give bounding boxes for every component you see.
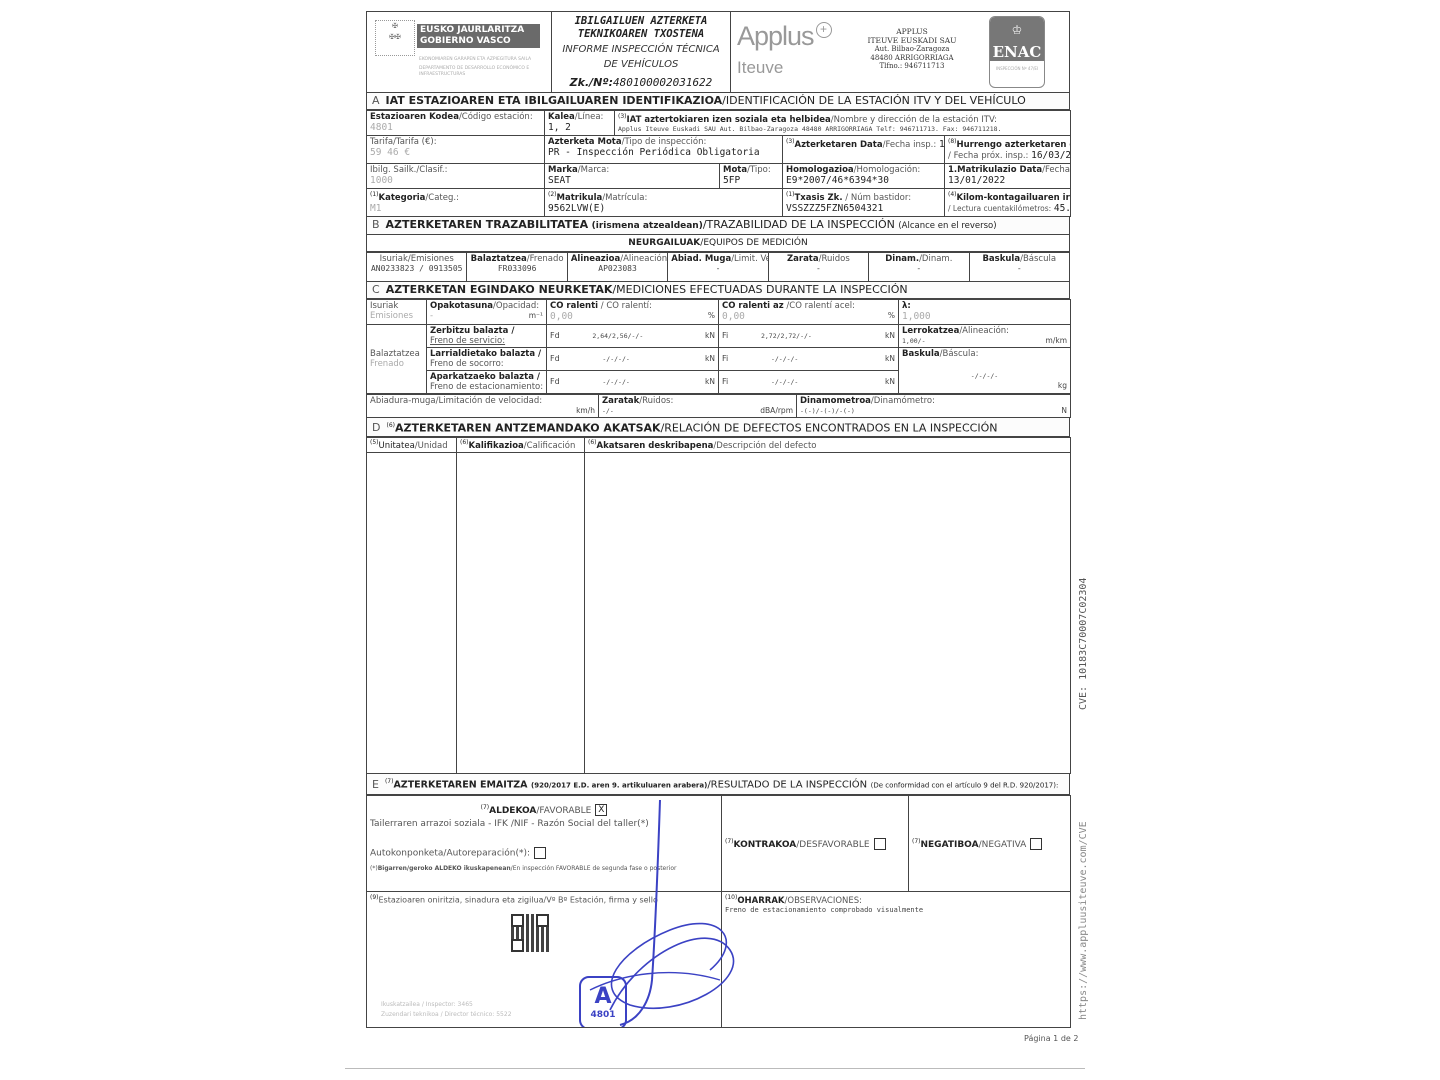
noise-field: Zaratak/Ruidos: -/-dBA/rpm [599, 394, 797, 417]
negative-cell: (7)NEGATIBOA/NEGATIVA [909, 795, 1071, 891]
favorable-option: (7)ALDEKOA/FAVORABLEX [370, 803, 718, 816]
type-field: Mota/Tipo: 5FP [720, 163, 783, 188]
section-a-title: AIAT ESTAZIOAREN ETA IBILGAILUAREN IDENT… [366, 93, 1070, 110]
gov-name: EUSKO JAURLARITZA GOBIERNO VASCO [417, 24, 540, 48]
co-idle-field: CO ralenti / CO ralentí: 0,00% [547, 299, 719, 324]
inspector-info: Ikuskatzailea / Inspector: 3465 Zuzendar… [381, 1000, 512, 1020]
measurements-table: IsuriakEmisiones Opakotasuna/Opacidad: -… [366, 299, 1071, 394]
line-field: Kalea/Línea: 1, 2 [545, 111, 615, 136]
brake-label: Zerbitzu balazta /Freno de servicio: [427, 324, 547, 347]
tariff-field: Tarifa/Tarifa (€): 59 46 € [367, 136, 545, 164]
observations-cell: (10)OHARRAK/OBSERVACIONES: Freno de esta… [722, 891, 1071, 1027]
homologation-field: Homologazioa/Homologación: E9*2007/46*63… [783, 163, 945, 188]
brake-fi: Fi -/-/-/-kN [719, 347, 899, 370]
favorable-cell: (7)ALDEKOA/FAVORABLEX Tailerraren arrazo… [367, 795, 722, 891]
defect-rating-cell [457, 453, 585, 774]
brake-label: Aparkatzaeko balazta /Freno de estaciona… [427, 370, 547, 393]
co-idle-acc-field: CO ralenti az /CO ralentí acel: 0,00% [719, 299, 899, 324]
first-registration-field: 1.Matrikulazio Data/Fecha 1ªmatric.: 13/… [945, 163, 1071, 188]
favorable-checkbox[interactable]: X [595, 804, 607, 816]
emissions-label: IsuriakEmisiones [367, 299, 427, 324]
section-b-title: BAZTERKETAREN TRAZABILITATEA (irismena a… [366, 217, 1070, 235]
workshop-label: Tailerraren arrazoi soziala - IFK /NIF -… [370, 819, 718, 829]
report-number: Zk./Nº:480100002031622 [552, 76, 730, 89]
equipment-cell: Dinam./Dinam.- [869, 252, 969, 281]
report-title: IBILGAILUEN AZTERKETA TEKNIKOAREN TXOSTE… [552, 12, 731, 92]
category-field: (1)Kategoria/Categ.: M1 [367, 188, 545, 216]
classification-field: Ibilg. Sailk./Clasif.: 1000 [367, 163, 545, 188]
opacity-field: Opakotasuna/Opacidad: -m⁻¹ [427, 299, 547, 324]
cve-code: CVE: 10183C70007C02304 [1078, 578, 1089, 710]
crown-icon: ♔ [990, 17, 1044, 43]
station-code-field: Estazioaren Kodea/Código estación: 4801 [367, 111, 545, 136]
measurements-bottom-table: Abiadura-muga/Limitación de velocidad: k… [366, 394, 1071, 418]
equipment-cell: Zarata/Ruidos- [768, 252, 868, 281]
dynamometer-field: Dinamometroa/Dinamómetro: -(-)/-(-)/-(-)… [797, 394, 1071, 417]
equipment-cell: Alineazioa/AlineaciónAP023083 [567, 252, 667, 281]
station-name-field: (3)IAT aztertokiaren izen soziala eta he… [615, 111, 1071, 136]
braking-label: BalaztatzeaFrenado [367, 324, 427, 393]
gov-emblem-icon: ✠✠✠ [375, 20, 415, 56]
defect-unit-cell [367, 453, 457, 774]
column-header-description: (6)Akatsaren deskribapena/Descripción de… [585, 438, 1071, 453]
alignment-field: Lerrokatzea/Alineación: 1,00/-m/km [899, 324, 1071, 347]
inspection-date-field: (3)Azterketaren Data/Fecha insp.: 16/03/… [783, 136, 945, 164]
section-d-title: D(6)AZTERKETAREN ANTZEMANDAKO AKATSAK/RE… [366, 418, 1070, 438]
station-stamp-icon: A 4801 [579, 976, 627, 1028]
unfavorable-cell: (7)KONTRAKOA/DESFAVORABLE [722, 795, 909, 891]
section-a-table: Estazioaren Kodea/Código estación: 4801 … [366, 110, 1071, 217]
company-address: APPLUS ITEUVE EUSKADI SAU Aut. Bilbao-Za… [857, 28, 967, 71]
next-inspection-field: (8)Hurrengo azterketaren data / Fecha pr… [945, 136, 1071, 164]
equipment-table: Isuriak/EmisionesAN0233823 / 0913505Bala… [366, 252, 1070, 282]
cve-url[interactable]: https://www.appluusiteuve.com/CVE [1078, 821, 1089, 1020]
footnote: (*)Bigarren/geroko ALDEKO ikuskapenean/E… [370, 865, 718, 872]
column-header-rating: (6)Kalifikazioa/Calificación [457, 438, 585, 453]
defect-description-cell [585, 453, 1071, 774]
equipment-cell: Isuriak/EmisionesAN0233823 / 0913505 [367, 252, 467, 281]
report-header: ✠✠✠ EUSKO JAURLARITZA GOBIERNO VASCO EKO… [366, 11, 1070, 93]
lambda-field: λ: 1,000 [899, 299, 1071, 324]
brake-fd: Fd -/-/-/-kN [547, 347, 719, 370]
negative-checkbox[interactable] [1030, 838, 1042, 850]
equipment-cell: Baskula/Báscula- [969, 252, 1069, 281]
equipment-title: NEURGAILUAK/EQUIPOS DE MEDICIÓN [366, 235, 1070, 252]
brake-fd: Fd -/-/-/-kN [547, 370, 719, 393]
speed-limit-field: Abiadura-muga/Limitación de velocidad: k… [367, 394, 599, 417]
applus-subtitle: Iteuve [737, 58, 783, 78]
page-number: Página 1 de 2 [1024, 1034, 1078, 1043]
column-header-unit: (5)Unitatea/Unidad [367, 438, 457, 453]
unfavorable-checkbox[interactable] [874, 838, 886, 850]
section-c-title: CAZTERKETAN EGINDAKO NEURKETAK/MEDICIONE… [366, 282, 1070, 299]
gov-logo-block: ✠✠✠ EUSKO JAURLARITZA GOBIERNO VASCO EKO… [367, 12, 552, 92]
brake-fi: Fi 2,72/2,72/-/-kN [719, 324, 899, 347]
enac-badge: ♔ ENAC INSPECCIÓN Nº 47/EI [989, 16, 1045, 88]
inspection-type-field: Azterketa Mota/Tipo de inspección: PR - … [545, 136, 783, 164]
section-e-title: E(7)AZTERKETAREN EMAITZA (920/2017 E.D. … [366, 774, 1070, 795]
brand-field: Marka/Marca: SEAT [545, 163, 720, 188]
applus-block: Applus+ Iteuve APPLUS ITEUVE EUSKADI SAU… [731, 12, 1069, 92]
vin-field: (1)Txasis Zk. / Núm bastidor: VSSZZZ5FZN… [783, 188, 945, 216]
defects-table: (5)Unitatea/Unidad (6)Kalifikazioa/Calif… [366, 437, 1071, 774]
divider [345, 1068, 1085, 1069]
qr-code-icon [511, 914, 549, 952]
self-repair-checkbox[interactable] [534, 847, 546, 859]
signature-cell: (9)Estazioaren oniritzia, sinadura eta z… [367, 891, 722, 1027]
brake-fi: Fi -/-/-/-kN [719, 370, 899, 393]
scale-field: Baskula/Báscula: -/-/-/- kg [899, 347, 1071, 393]
odometer-field: (4)Kilom-kontagailuaren irakurketa / Lec… [945, 188, 1071, 216]
plus-circle-icon: + [816, 22, 832, 38]
inspection-report: ✠✠✠ EUSKO JAURLARITZA GOBIERNO VASCO EKO… [366, 11, 1070, 1028]
equipment-cell: Abiad. Muga/Limit. Vel.- [668, 252, 768, 281]
applus-logo: Applus+ [737, 22, 832, 50]
plate-field: (2)Matrikula/Matrícula: 9562LVW(E) [545, 188, 783, 216]
equipment-cell: Balaztatzea/FrenadoFR033096 [467, 252, 567, 281]
self-repair-option: Autokonponketa/Autoreparación(*): [370, 847, 718, 859]
result-table: (7)ALDEKOA/FAVORABLEX Tailerraren arrazo… [366, 795, 1071, 1028]
brake-label: Larrialdietako balazta /Freno de socorro… [427, 347, 547, 370]
gov-department: EKONOMIAREN GARAPEN ETA AZPIEGITURA SAIL… [419, 57, 549, 78]
brake-fd: Fd 2,64/2,56/-/-kN [547, 324, 719, 347]
